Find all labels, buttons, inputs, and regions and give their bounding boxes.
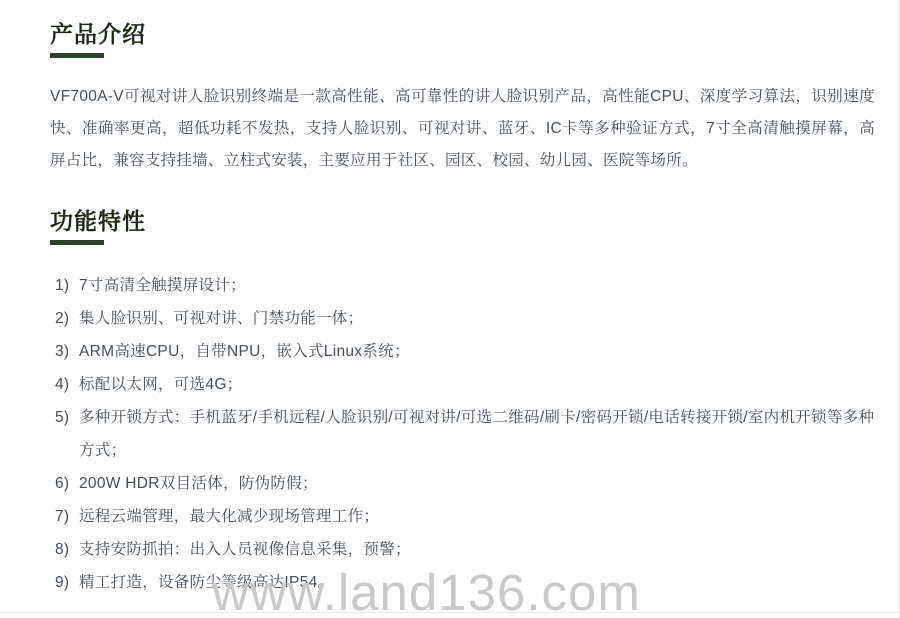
bottom-divider [0,612,899,613]
feature-number: 3) [55,335,79,368]
feature-number: 2) [55,302,79,335]
product-intro-paragraph: VF700A-V可视对讲人脸识别终端是一款高性能、高可靠性的讲人脸识别产品，高性… [50,81,875,177]
feature-item: 5) 多种开锁方式：手机蓝牙/手机远程/人脸识别/可视对讲/可选二维码/刷卡/密… [55,401,875,467]
feature-item: 2) 集人脸识别、可视对讲、门禁功能一体； [55,302,875,335]
feature-number: 5) [55,401,79,467]
title-accent-bar [50,53,104,58]
feature-text: 远程云端管理，最大化减少现场管理工作； [79,500,875,533]
feature-list: 1) 7寸高清全触摸屏设计； 2) 集人脸识别、可视对讲、门禁功能一体； 3) … [50,269,875,599]
feature-number: 9) [55,566,79,599]
feature-number: 6) [55,467,79,500]
product-page: 产品介绍 VF700A-V可视对讲人脸识别终端是一款高性能、高可靠性的讲人脸识别… [0,0,900,618]
feature-text: 精工打造，设备防尘等级高达IP54。 [79,566,875,599]
feature-item: 4) 标配以太网，可选4G； [55,368,875,401]
feature-text: 支持安防抓拍：出入人员视像信息采集，预警； [79,533,875,566]
feature-item: 7) 远程云端管理，最大化减少现场管理工作； [55,500,875,533]
feature-number: 7) [55,500,79,533]
section-features: 功能特性 1) 7寸高清全触摸屏设计； 2) 集人脸识别、可视对讲、门禁功能一体… [50,207,875,599]
feature-text: ARM高速CPU，自带NPU，嵌入式Linux系统； [79,335,875,368]
feature-text: 集人脸识别、可视对讲、门禁功能一体； [79,302,875,335]
feature-text: 标配以太网，可选4G； [79,368,875,401]
feature-item: 8) 支持安防抓拍：出入人员视像信息采集，预警； [55,533,875,566]
feature-number: 8) [55,533,79,566]
feature-text: 200W HDR双目活体，防伪防假； [79,467,875,500]
feature-item: 9) 精工打造，设备防尘等级高达IP54。 [55,566,875,599]
section-product-intro: 产品介绍 VF700A-V可视对讲人脸识别终端是一款高性能、高可靠性的讲人脸识别… [50,20,875,177]
feature-text: 7寸高清全触摸屏设计； [79,269,875,302]
product-intro-title: 产品介绍 [50,20,875,48]
feature-text: 多种开锁方式：手机蓝牙/手机远程/人脸识别/可视对讲/可选二维码/刷卡/密码开锁… [79,401,875,467]
title-accent-bar [50,240,104,245]
page-content: 产品介绍 VF700A-V可视对讲人脸识别终端是一款高性能、高可靠性的讲人脸识别… [0,0,899,599]
feature-number: 4) [55,368,79,401]
feature-number: 1) [55,269,79,302]
feature-item: 3) ARM高速CPU，自带NPU，嵌入式Linux系统； [55,335,875,368]
features-title: 功能特性 [50,207,875,235]
feature-item: 6) 200W HDR双目活体，防伪防假； [55,467,875,500]
feature-item: 1) 7寸高清全触摸屏设计； [55,269,875,302]
